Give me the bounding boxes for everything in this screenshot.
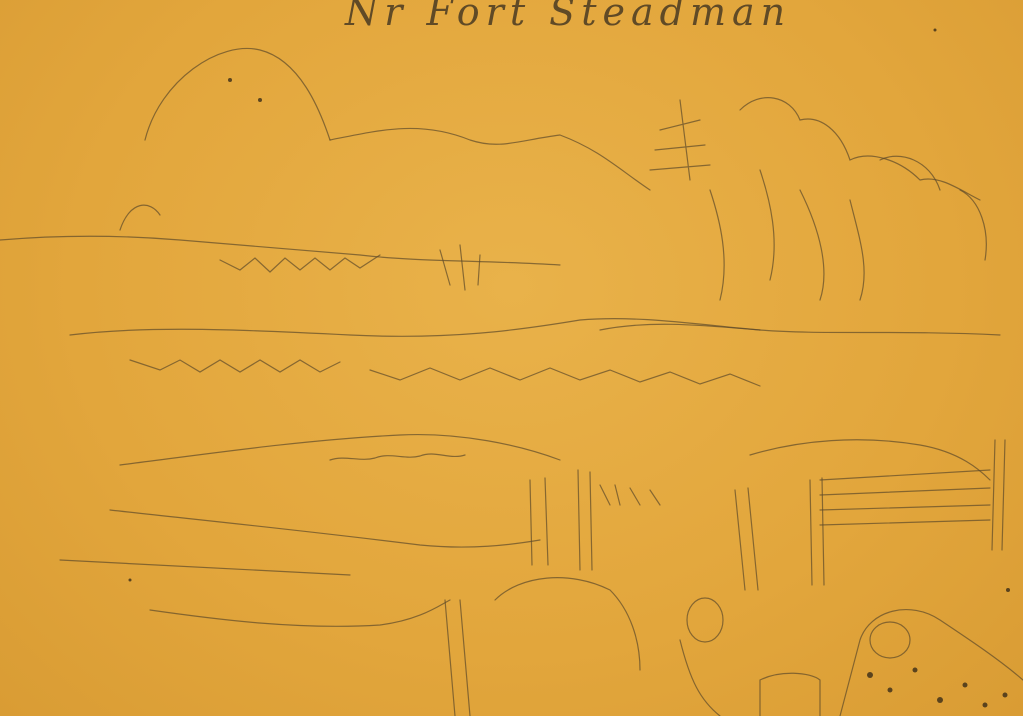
fence-post (735, 488, 758, 590)
fence-post (810, 478, 824, 585)
mound (495, 578, 640, 670)
haversack-shape (840, 610, 1023, 716)
tree-line (220, 255, 380, 272)
fence-post (530, 478, 548, 565)
cup-shape (760, 673, 820, 716)
tree-canopy (740, 98, 980, 200)
pine-tree (650, 100, 710, 180)
canteen-shape (687, 598, 723, 642)
hill-outline (145, 48, 330, 140)
fence-post (992, 440, 1005, 550)
fence-post (578, 470, 592, 570)
foreground-hill (120, 435, 560, 465)
sketch-sheet: Nr Fort Steadman (0, 0, 1023, 716)
landscape-sketch (0, 0, 1023, 716)
ridge-line (70, 319, 1000, 337)
fence-rails (820, 470, 990, 525)
